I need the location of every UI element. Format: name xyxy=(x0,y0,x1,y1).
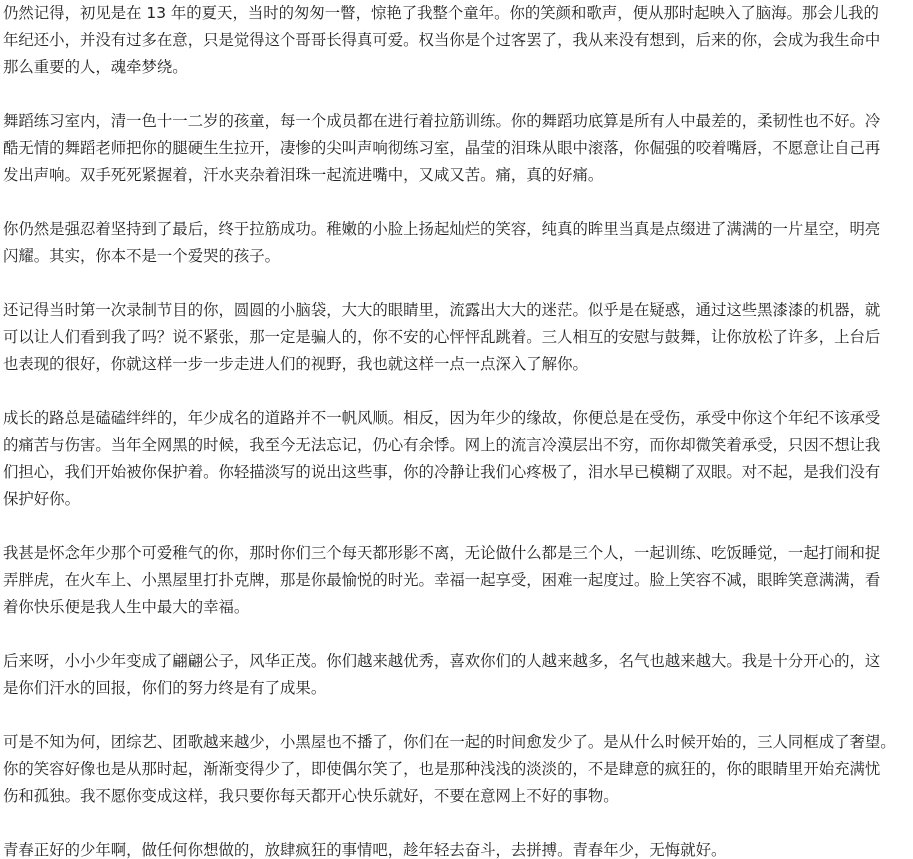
text-line: 年纪还小，并没有过多在意，只是觉得这个哥哥长得真可爱。权当你是个过客罢了，我从来… xyxy=(3,27,913,54)
text-line: 弄胖虎，在火车上、小黑屋里打扑克牌，那是你最愉悦的时光。幸福一起享受，困难一起度… xyxy=(3,567,913,594)
paragraph-spacer xyxy=(3,810,913,837)
paragraph-spacer xyxy=(3,513,913,540)
paragraph-spacer xyxy=(3,270,913,297)
text-line: 青春正好的少年啊，做任何你想做的，放肆疯狂的事情吧，趁年轻去奋斗，去拼搏。青春年… xyxy=(3,837,913,859)
text-line: 保护好你。 xyxy=(3,486,913,513)
text-line: 你仍然是强忍着坚持到了最后，终于拉筋成功。稚嫩的小脸上扬起灿烂的笑容，纯真的眸里… xyxy=(3,216,913,243)
text-line: 们担心，我们开始被你保护着。你轻描淡写的说出这些事，你的冷静让我们心疼极了，泪水… xyxy=(3,459,913,486)
paragraph-2: 舞蹈练习室内，清一色十一二岁的孩童，每一个成员都在进行着拉筋训练。你的舞蹈功底算… xyxy=(3,108,913,189)
text-line: 着你快乐便是我人生中最大的幸福。 xyxy=(3,594,913,621)
paragraph-4: 还记得当时第一次录制节目的你，圆圆的小脑袋，大大的眼睛里，流露出大大的迷茫。似乎… xyxy=(3,297,913,378)
paragraph-8: 可是不知为何，团综艺、团歌越来越少，小黑屋也不播了，你们在一起的时间愈发少了。是… xyxy=(3,729,913,810)
paragraph-spacer xyxy=(3,621,913,648)
paragraph-7: 后来呀，小小少年变成了翩翩公子，风华正茂。你们越来越优秀，喜欢你们的人越来越多，… xyxy=(3,648,913,702)
text-line: 可是不知为何，团综艺、团歌越来越少，小黑屋也不播了，你们在一起的时间愈发少了。是… xyxy=(3,729,913,756)
text-line: 发出声响。双手死死紧握着，汗水夹杂着泪珠一起流进嘴中，又咸又苦。痛，真的好痛。 xyxy=(3,162,913,189)
text-line: 舞蹈练习室内，清一色十一二岁的孩童，每一个成员都在进行着拉筋训练。你的舞蹈功底算… xyxy=(3,108,913,135)
text-line: 你的笑容好像也是从那时起，渐渐变得少了，即使偶尔笑了，也是那种浅浅的淡淡的，不是… xyxy=(3,756,913,783)
paragraph-spacer xyxy=(3,702,913,729)
paragraph-1: 仍然记得，初见是在 13 年的夏天，当时的匆匆一瞥，惊艳了我整个童年。你的笑颜和… xyxy=(3,0,913,81)
paragraph-spacer xyxy=(3,378,913,405)
text-line: 还记得当时第一次录制节目的你，圆圆的小脑袋，大大的眼睛里，流露出大大的迷茫。似乎… xyxy=(3,297,913,324)
paragraph-spacer xyxy=(3,189,913,216)
paragraph-9: 青春正好的少年啊，做任何你想做的，放肆疯狂的事情吧，趁年轻去奋斗，去拼搏。青春年… xyxy=(3,837,913,859)
text-line: 成长的路总是磕磕绊绊的，年少成名的道路并不一帆风顺。相反，因为年少的缘故，你便总… xyxy=(3,405,913,432)
text-line: 的痛苦与伤害。当年全网黑的时候，我至今无法忘记，仍心有余悸。网上的流言冷漠层出不… xyxy=(3,432,913,459)
paragraph-spacer xyxy=(3,81,913,108)
text-line: 可以让人们看到我了吗？说不紧张，那一定是骗人的，你不安的心怦怦乱跳着。三人相互的… xyxy=(3,324,913,351)
article-body: 仍然记得，初见是在 13 年的夏天，当时的匆匆一瞥，惊艳了我整个童年。你的笑颜和… xyxy=(0,0,913,859)
text-line: 伤和孤独。我不愿你变成这样，我只要你每天都开心快乐就好，不要在意网上不好的事物。 xyxy=(3,783,913,810)
paragraph-5: 成长的路总是磕磕绊绊的，年少成名的道路并不一帆风顺。相反，因为年少的缘故，你便总… xyxy=(3,405,913,513)
text-line: 是你们汗水的回报，你们的努力终是有了成果。 xyxy=(3,675,913,702)
text-line: 后来呀，小小少年变成了翩翩公子，风华正茂。你们越来越优秀，喜欢你们的人越来越多，… xyxy=(3,648,913,675)
text-line: 那么重要的人，魂牵梦绕。 xyxy=(3,54,913,81)
paragraph-3: 你仍然是强忍着坚持到了最后，终于拉筋成功。稚嫩的小脸上扬起灿烂的笑容，纯真的眸里… xyxy=(3,216,913,270)
text-line: 闪耀。其实，你本不是一个爱哭的孩子。 xyxy=(3,243,913,270)
text-line: 酷无情的舞蹈老师把你的腿硬生生拉开，凄惨的尖叫声响彻练习室，晶莹的泪珠从眼中滚落… xyxy=(3,135,913,162)
text-line: 我甚是怀念年少那个可爱稚气的你，那时你们三个每天都形影不离，无论做什么都是三个人… xyxy=(3,540,913,567)
paragraph-6: 我甚是怀念年少那个可爱稚气的你，那时你们三个每天都形影不离，无论做什么都是三个人… xyxy=(3,540,913,621)
text-line: 仍然记得，初见是在 13 年的夏天，当时的匆匆一瞥，惊艳了我整个童年。你的笑颜和… xyxy=(3,0,913,27)
text-line: 也表现的很好，你就这样一步一步走进人们的视野，我也就这样一点一点深入了解你。 xyxy=(3,351,913,378)
